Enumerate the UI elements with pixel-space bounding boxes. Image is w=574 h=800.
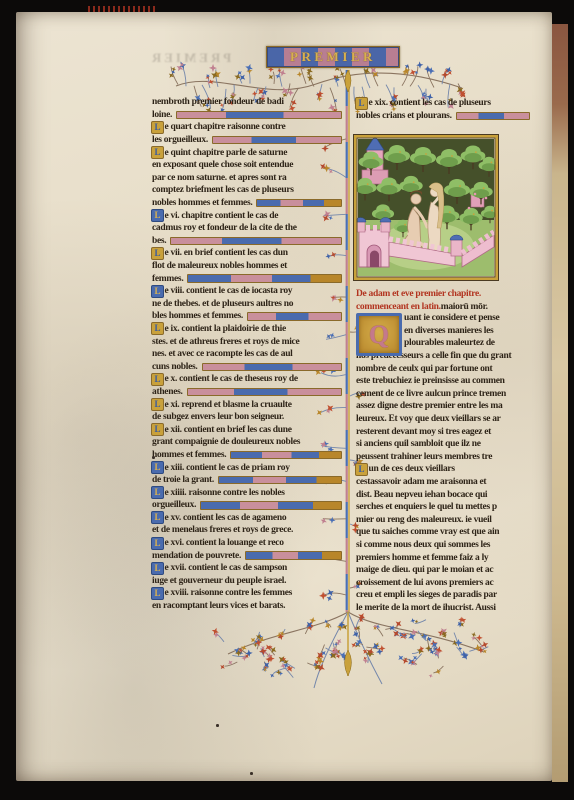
text-line: Le viii. contient le cas de iocasta roy bbox=[152, 285, 344, 298]
line-text: de subgez envers leur bon seigneur. bbox=[152, 412, 284, 422]
text-line: Le quart chapitre raisonne contre bbox=[152, 121, 344, 134]
line-text: e xviii. raisonne contre les femmes bbox=[165, 588, 293, 598]
illuminated-initial: L bbox=[356, 98, 367, 109]
text-line: Le x. contient le cas de theseus roy de bbox=[152, 373, 344, 386]
line-text: este trebuchiez ie preinsisse au commen bbox=[356, 376, 505, 386]
text-line: cuns nobles. bbox=[152, 360, 344, 373]
text-line: Le quint chapitre parle de saturne bbox=[152, 146, 344, 159]
text-line: resterent devant moy si tres eagez et bbox=[356, 425, 532, 438]
line-text: croissement de lui avons premiers ac bbox=[356, 578, 493, 588]
line-text: creu et empli les sieges de paradis par bbox=[356, 590, 497, 600]
text-line: loine. bbox=[152, 109, 344, 122]
text-line: flot de maleureux nobles hommes et bbox=[152, 260, 344, 273]
line-text: par ce nom saturne. et apres sont ra bbox=[152, 173, 287, 183]
illuminated-initial: L bbox=[152, 210, 163, 221]
rubric-red-text: De adam et eve premier chapitre. bbox=[356, 289, 481, 299]
illuminated-initial: L bbox=[152, 399, 163, 410]
line-filler-ornament bbox=[230, 451, 342, 460]
line-text: flot de maleureux nobles hommes et bbox=[152, 261, 287, 271]
left-text-column: nembroth premier fondeur de badiloine.Le… bbox=[152, 96, 344, 612]
text-line: peussent trahiner leurs membres tre bbox=[356, 451, 532, 464]
illuminated-initial: L bbox=[152, 563, 163, 574]
text-line: Le xvi. contient la louange et reco bbox=[152, 537, 344, 550]
text-line: plourables maleurtez de bbox=[404, 337, 532, 350]
text-line: le merite de la mort de ihucrist. Aussi bbox=[356, 602, 532, 615]
line-text: athenes. bbox=[152, 387, 183, 397]
line-text: bles hommes et femmes. bbox=[152, 311, 243, 321]
text-line: leureux. Et voy que deux vieillars se ar bbox=[356, 413, 532, 426]
text-line: nes. et avec ce racompte les cas de aul bbox=[152, 348, 344, 361]
text-line: Lun de ces deux vieillars bbox=[356, 463, 532, 476]
text-line: Le ix. contient la plaidoirie de thie bbox=[152, 323, 344, 336]
line-filler-ornament bbox=[170, 237, 342, 246]
line-text: cestassavoir adam me araisonna et bbox=[356, 477, 486, 487]
line-text: peussent trahiner leurs membres tre bbox=[356, 452, 492, 462]
ink-spot bbox=[216, 724, 219, 727]
text-line: Le xvii. contient le cas de sampson bbox=[152, 562, 344, 575]
illuminated-initial: L bbox=[152, 147, 163, 158]
line-text: e xvii. contient le cas de sampson bbox=[165, 563, 288, 573]
text-line: Le vii. en brief contient les cas dun bbox=[152, 247, 344, 260]
miniature-adam-eve-illustration bbox=[353, 134, 499, 281]
line-text: comptez briefment les cas de pluseurs bbox=[152, 185, 294, 195]
text-line: uant ie considere et pense bbox=[404, 312, 532, 325]
line-text: e vii. en brief contient les cas dun bbox=[165, 248, 288, 258]
line-filler-ornament bbox=[187, 274, 342, 283]
text-line: este trebuchiez ie preinsisse au commen bbox=[356, 375, 532, 388]
text-line: bles hommes et femmes. bbox=[152, 310, 344, 323]
illuminated-initial: L bbox=[152, 424, 163, 435]
text-line: de subgez envers leur bon seigneur. bbox=[152, 411, 344, 424]
line-text: iuge et gouverneur du peuple israel. bbox=[152, 576, 286, 586]
show-through-title: PREMIER bbox=[120, 48, 260, 68]
line-filler-ornament bbox=[202, 363, 342, 372]
line-filler-ornament bbox=[218, 476, 342, 485]
text-line: nobles crians et plourans. bbox=[356, 110, 532, 123]
illuminated-drop-cap: Q bbox=[356, 313, 402, 356]
text-line: et de menelaus freres et roys de grece. bbox=[152, 524, 344, 537]
line-text: grant compaignie de douleureux nobles bbox=[152, 437, 300, 447]
right-text-column: Q uant ie considere et penseen diverses … bbox=[356, 312, 532, 614]
illuminated-initial: L bbox=[152, 462, 163, 473]
line-text: en racomptant leurs vices et barats. bbox=[152, 601, 285, 611]
text-line: assez digne destre premier entre les ma bbox=[356, 400, 532, 413]
text-line: Le xi. reprend et blasme la cruaulte bbox=[152, 398, 344, 411]
line-text: uant ie considere et pense bbox=[404, 313, 499, 323]
line-text: cadmus roy et fondeur de la cite de the bbox=[152, 223, 297, 233]
text-line: nombre de ceulx qui par fortune ont bbox=[356, 362, 532, 375]
line-text: cement de ce livre aulcun prince tremen bbox=[356, 389, 506, 399]
line-text: e vi. chapitre contient le cas de bbox=[165, 211, 279, 221]
text-line: cestassavoir adam me araisonna et bbox=[356, 476, 532, 489]
text-line: iuge et gouverneur du peuple israel. bbox=[152, 575, 344, 588]
text-line: maige de dieu. qui par le moian et ac bbox=[356, 564, 532, 577]
running-title-premier: PREMIER bbox=[266, 46, 400, 68]
line-text: e viii. contient le cas de iocasta roy bbox=[165, 286, 293, 296]
text-line: hommes et femmes. bbox=[152, 449, 344, 462]
text-line: mendation de pouvrete. bbox=[152, 549, 344, 562]
text-line: par ce nom saturne. et apres sont ra bbox=[152, 172, 344, 185]
line-text: nes. et avec ce racompte les cas de aul bbox=[152, 349, 293, 359]
line-text: e xiiii. raisonne contre les nobles bbox=[165, 488, 285, 498]
text-line: Le xix. contient les cas de pluseurs bbox=[356, 97, 532, 110]
line-text: hommes et femmes. bbox=[152, 450, 226, 460]
illuminated-initial: L bbox=[356, 464, 367, 475]
text-line: Le vi. chapitre contient le cas de bbox=[152, 209, 344, 222]
illuminated-initial: L bbox=[152, 323, 163, 334]
line-text: que tu saiches comme vray est que ain bbox=[356, 527, 499, 537]
text-line: si anciens quil sambloit que ilz ne bbox=[356, 438, 532, 451]
text-line: mier ou reng des maleureux. ie vueil bbox=[356, 514, 532, 527]
text-line: Le xviii. raisonne contre les femmes bbox=[152, 587, 344, 600]
rubric-line: De adam et eve premier chapitre. bbox=[356, 288, 536, 301]
line-text: e xiii. contient le cas de priam roy bbox=[165, 463, 290, 473]
line-text: de troie la grant. bbox=[152, 475, 214, 485]
line-text: e quart chapitre raisonne contre bbox=[165, 122, 286, 132]
line-filler-ornament bbox=[456, 112, 530, 121]
line-text: premiers homme et femme faiz a ly bbox=[356, 553, 488, 563]
text-line: Le xiii. contient le cas de priam roy bbox=[152, 461, 344, 474]
line-text: mendation de pouvrete. bbox=[152, 551, 241, 561]
line-text: femmes. bbox=[152, 274, 183, 284]
illuminated-initial: L bbox=[152, 286, 163, 297]
right-column-header: Le xix. contient les cas de pluseursnobl… bbox=[356, 97, 532, 122]
line-text: plourables maleurtez de bbox=[404, 338, 495, 348]
line-text: loine. bbox=[152, 110, 172, 120]
illuminated-initial: L bbox=[152, 512, 163, 523]
text-line: Le xii. contient en brief les cas dune bbox=[152, 423, 344, 436]
line-text: nobles crians et plourans. bbox=[356, 111, 452, 121]
line-text: e xix. contient les cas de pluseurs bbox=[369, 98, 491, 108]
line-text: et de menelaus freres et roys de grece. bbox=[152, 525, 293, 535]
text-line: athenes. bbox=[152, 386, 344, 399]
ink-spot bbox=[152, 456, 155, 459]
line-text: nembroth premier fondeur de badi bbox=[152, 97, 284, 107]
line-filler-ornament bbox=[212, 136, 342, 145]
text-line: creu et empli les sieges de paradis par bbox=[356, 589, 532, 602]
line-filler-ornament bbox=[187, 388, 342, 397]
text-line: que tu saiches comme vray est que ain bbox=[356, 526, 532, 539]
text-line: les orgueilleux. bbox=[152, 134, 344, 147]
line-text: nombre de ceulx qui par fortune ont bbox=[356, 364, 492, 374]
text-line: en exposant quele chose soit entendue bbox=[152, 159, 344, 172]
text-line: cement de ce livre aulcun prince tremen bbox=[356, 388, 532, 401]
illuminated-initial: L bbox=[152, 487, 163, 498]
line-text: en diverses manieres les bbox=[404, 326, 493, 336]
text-line: grant compaignie de douleureux nobles bbox=[152, 436, 344, 449]
line-text: nobles hommes et femmes. bbox=[152, 198, 252, 208]
line-text: en exposant quele chose soit entendue bbox=[152, 160, 293, 170]
line-text: bes. bbox=[152, 236, 166, 246]
illuminated-initial: L bbox=[152, 374, 163, 385]
rubric-red-text: commenceant en latin. bbox=[356, 302, 441, 312]
line-text: e xi. reprend et blasme la cruaulte bbox=[165, 400, 292, 410]
text-line: Le xiiii. raisonne contre les nobles bbox=[152, 486, 344, 499]
book-fore-edge bbox=[552, 24, 568, 782]
line-text: e ix. contient la plaidoirie de thie bbox=[165, 324, 286, 334]
line-text: e xv. contient les cas de agameno bbox=[165, 513, 287, 523]
line-text: assez digne destre premier entre les ma bbox=[356, 401, 502, 411]
text-line: Le xv. contient les cas de agameno bbox=[152, 512, 344, 525]
illuminated-initial: L bbox=[152, 122, 163, 133]
text-line: si comme nous deux qui sommes les bbox=[356, 539, 532, 552]
text-line: croissement de lui avons premiers ac bbox=[356, 576, 532, 589]
line-text: e x. contient le cas de theseus roy de bbox=[165, 374, 298, 384]
line-filler-ornament bbox=[200, 501, 342, 510]
text-line: cadmus roy et fondeur de la cite de the bbox=[152, 222, 344, 235]
text-line: serches et enquiers le quel tu mettes p bbox=[356, 501, 532, 514]
line-text: mier ou reng des maleureux. ie vueil bbox=[356, 515, 492, 525]
text-line: ne de thebes. et de pluseurs aultres no bbox=[152, 298, 344, 311]
illuminated-initial: L bbox=[152, 538, 163, 549]
line-text: si anciens quil sambloit que ilz ne bbox=[356, 439, 481, 449]
text-line: en diverses manieres les bbox=[404, 325, 532, 338]
text-line: comptez briefment les cas de pluseurs bbox=[152, 184, 344, 197]
line-filler-ornament bbox=[176, 111, 342, 120]
rubric-black-text: maiorū mōr. bbox=[441, 302, 488, 312]
text-line: dist. Beau nepveu iehan bocace qui bbox=[356, 488, 532, 501]
line-text: serches et enquiers le quel tu mettes p bbox=[356, 502, 497, 512]
line-text: les orgueilleux. bbox=[152, 135, 208, 145]
line-filler-ornament bbox=[245, 551, 342, 560]
chapter-rubric: De adam et eve premier chapitre.commence… bbox=[356, 288, 536, 313]
manuscript-page: PREMIER PREMIER nembroth premier fondeur… bbox=[16, 12, 552, 781]
line-text: orgueilleux. bbox=[152, 500, 196, 510]
illuminated-initial: L bbox=[152, 588, 163, 599]
line-text: e xii. contient en brief les cas dune bbox=[165, 425, 292, 435]
manuscript-photo: { "running_title": { "banner_text": "PRE… bbox=[0, 0, 574, 800]
line-text: un de ces deux vieillars bbox=[369, 464, 455, 474]
text-line: nobles hommes et femmes. bbox=[152, 197, 344, 210]
text-line: premiers homme et femme faiz a ly bbox=[356, 551, 532, 564]
line-text: resterent devant moy si tres eagez et bbox=[356, 427, 491, 437]
line-text: leureux. Et voy que deux vieillars se ar bbox=[356, 414, 501, 424]
line-text: maige de dieu. qui par le moian et ac bbox=[356, 565, 493, 575]
line-filler-ornament bbox=[256, 199, 342, 208]
text-line: nembroth premier fondeur de badi bbox=[152, 96, 344, 109]
line-text: le merite de la mort de ihucrist. Aussi bbox=[356, 603, 496, 613]
line-text: e quint chapitre parle de saturne bbox=[165, 148, 288, 158]
line-text: si comme nous deux qui sommes les bbox=[356, 540, 490, 550]
text-line: bes. bbox=[152, 235, 344, 248]
line-text: ne de thebes. et de pluseurs aultres no bbox=[152, 299, 293, 309]
line-filler-ornament bbox=[247, 312, 342, 321]
line-text: e xvi. contient la louange et reco bbox=[165, 538, 284, 548]
text-line: de troie la grant. bbox=[152, 474, 344, 487]
ink-spot bbox=[250, 772, 253, 775]
text-line: femmes. bbox=[152, 272, 344, 285]
illuminated-initial: L bbox=[152, 248, 163, 259]
text-line: stes. et de athreus freres et roys de mi… bbox=[152, 335, 344, 348]
text-line: orgueilleux. bbox=[152, 499, 344, 512]
text-line: en racomptant leurs vices et barats. bbox=[152, 600, 344, 613]
line-text: dist. Beau nepveu iehan bocace qui bbox=[356, 490, 487, 500]
line-text: cuns nobles. bbox=[152, 362, 198, 372]
line-text: stes. et de athreus freres et roys de mi… bbox=[152, 337, 299, 347]
